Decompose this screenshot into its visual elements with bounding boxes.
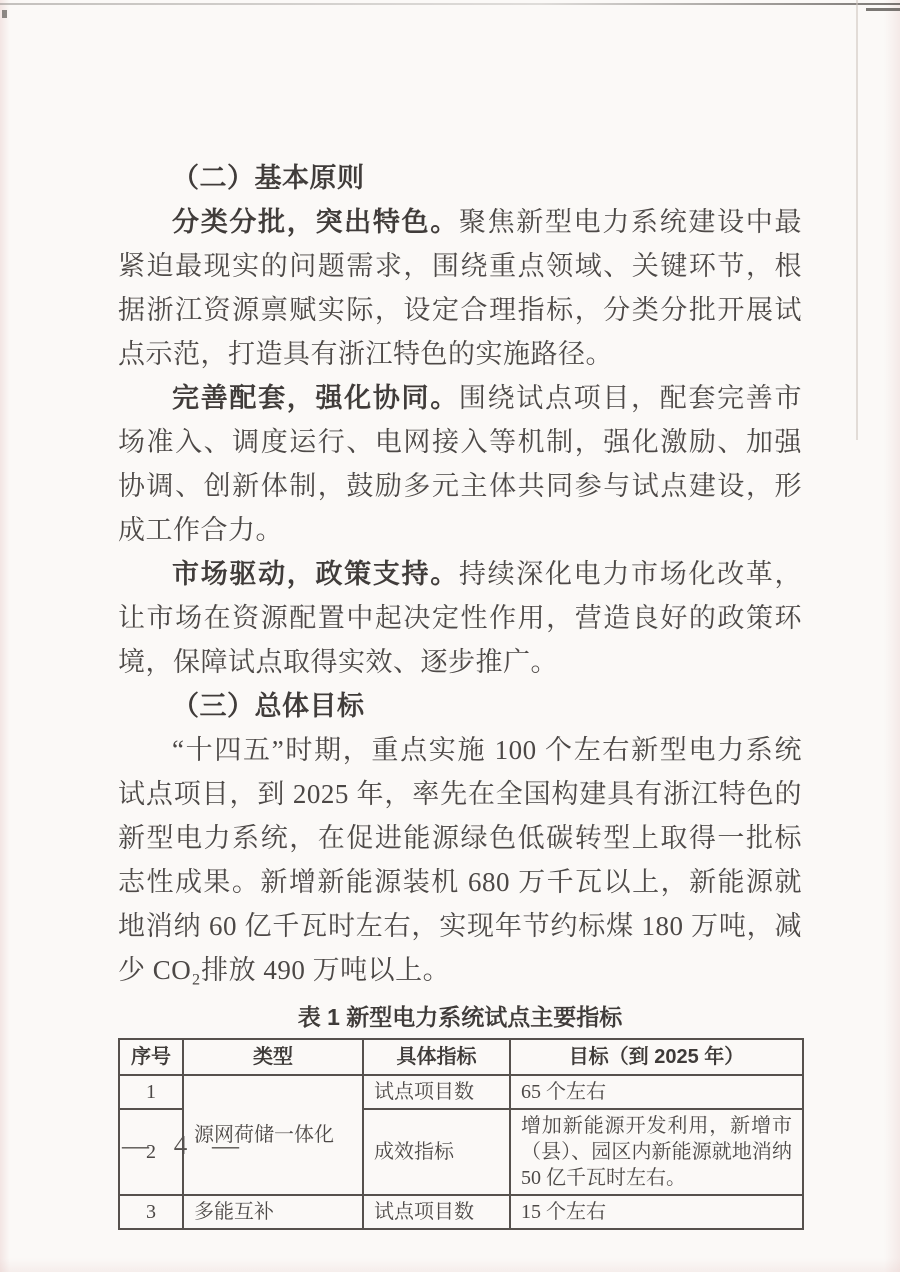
table-cell-indicator: 试点项目数	[363, 1075, 510, 1109]
paragraph-overall-goals: “十四五”时期，重点实施 100 个左右新型电力系统试点项目，到 2025 年，…	[118, 728, 802, 992]
paragraph-lead-support: 完善配套，强化协同。	[172, 383, 459, 413]
scan-artifact-left-speck	[2, 10, 7, 18]
table-cell-indicator: 成效指标	[363, 1109, 510, 1195]
table-cell-number: 1	[119, 1075, 183, 1109]
scan-artifact-top-edge	[0, 3, 900, 5]
page-number: — 4 —	[122, 1130, 240, 1161]
table-cell-type: 多能互补	[183, 1195, 363, 1229]
section-heading-basic-principles: （二）基本原则	[118, 156, 802, 200]
paragraph-improve-support: 完善配套，强化协同。围绕试点项目，配套完善市场准入、调度运行、电网接入等机制，强…	[118, 376, 802, 552]
paragraph-lead-classify: 分类分批，突出特色。	[172, 207, 459, 237]
paragraph-classify-in-batches: 分类分批，突出特色。聚焦新型电力系统建设中最紧迫最现实的问题需求，围绕重点领域、…	[118, 200, 802, 376]
table-header-target: 目标（到 2025 年）	[510, 1039, 803, 1075]
table-row: 3 多能互补 试点项目数 15 个左右	[119, 1195, 803, 1229]
table-caption: 表 1 新型电力系统试点主要指标	[118, 1000, 802, 1034]
table-cell-target: 增加新能源开发利用，新增市（县）、园区内新能源就地消纳 50 亿千瓦时左右。	[510, 1109, 803, 1195]
table-cell-indicator: 试点项目数	[363, 1195, 510, 1229]
document-body: （二）基本原则 分类分批，突出特色。聚焦新型电力系统建设中最紧迫最现实的问题需求…	[118, 156, 802, 1230]
table-header-row: 序号 类型 具体指标 目标（到 2025 年）	[119, 1039, 803, 1075]
table-cell-target: 65 个左右	[510, 1075, 803, 1109]
scan-artifact-right-streak	[856, 0, 858, 440]
table-cell-target: 15 个左右	[510, 1195, 803, 1229]
scanned-page: （二）基本原则 分类分批，突出特色。聚焦新型电力系统建设中最紧迫最现实的问题需求…	[0, 0, 900, 1272]
section-heading-overall-goals: （三）总体目标	[118, 684, 802, 728]
table-header-indicator: 具体指标	[363, 1039, 510, 1075]
table-row: 1 源网荷储一体化 试点项目数 65 个左右	[119, 1075, 803, 1109]
paragraph-lead-market: 市场驱动，政策支持。	[172, 559, 459, 589]
table-header-number: 序号	[119, 1039, 183, 1075]
table-cell-number: 3	[119, 1195, 183, 1229]
paragraph-market-driven: 市场驱动，政策支持。持续深化电力市场化改革，让市场在资源配置中起决定性作用，营造…	[118, 552, 802, 684]
scan-artifact-corner-mark	[866, 8, 900, 11]
table-header-type: 类型	[183, 1039, 363, 1075]
